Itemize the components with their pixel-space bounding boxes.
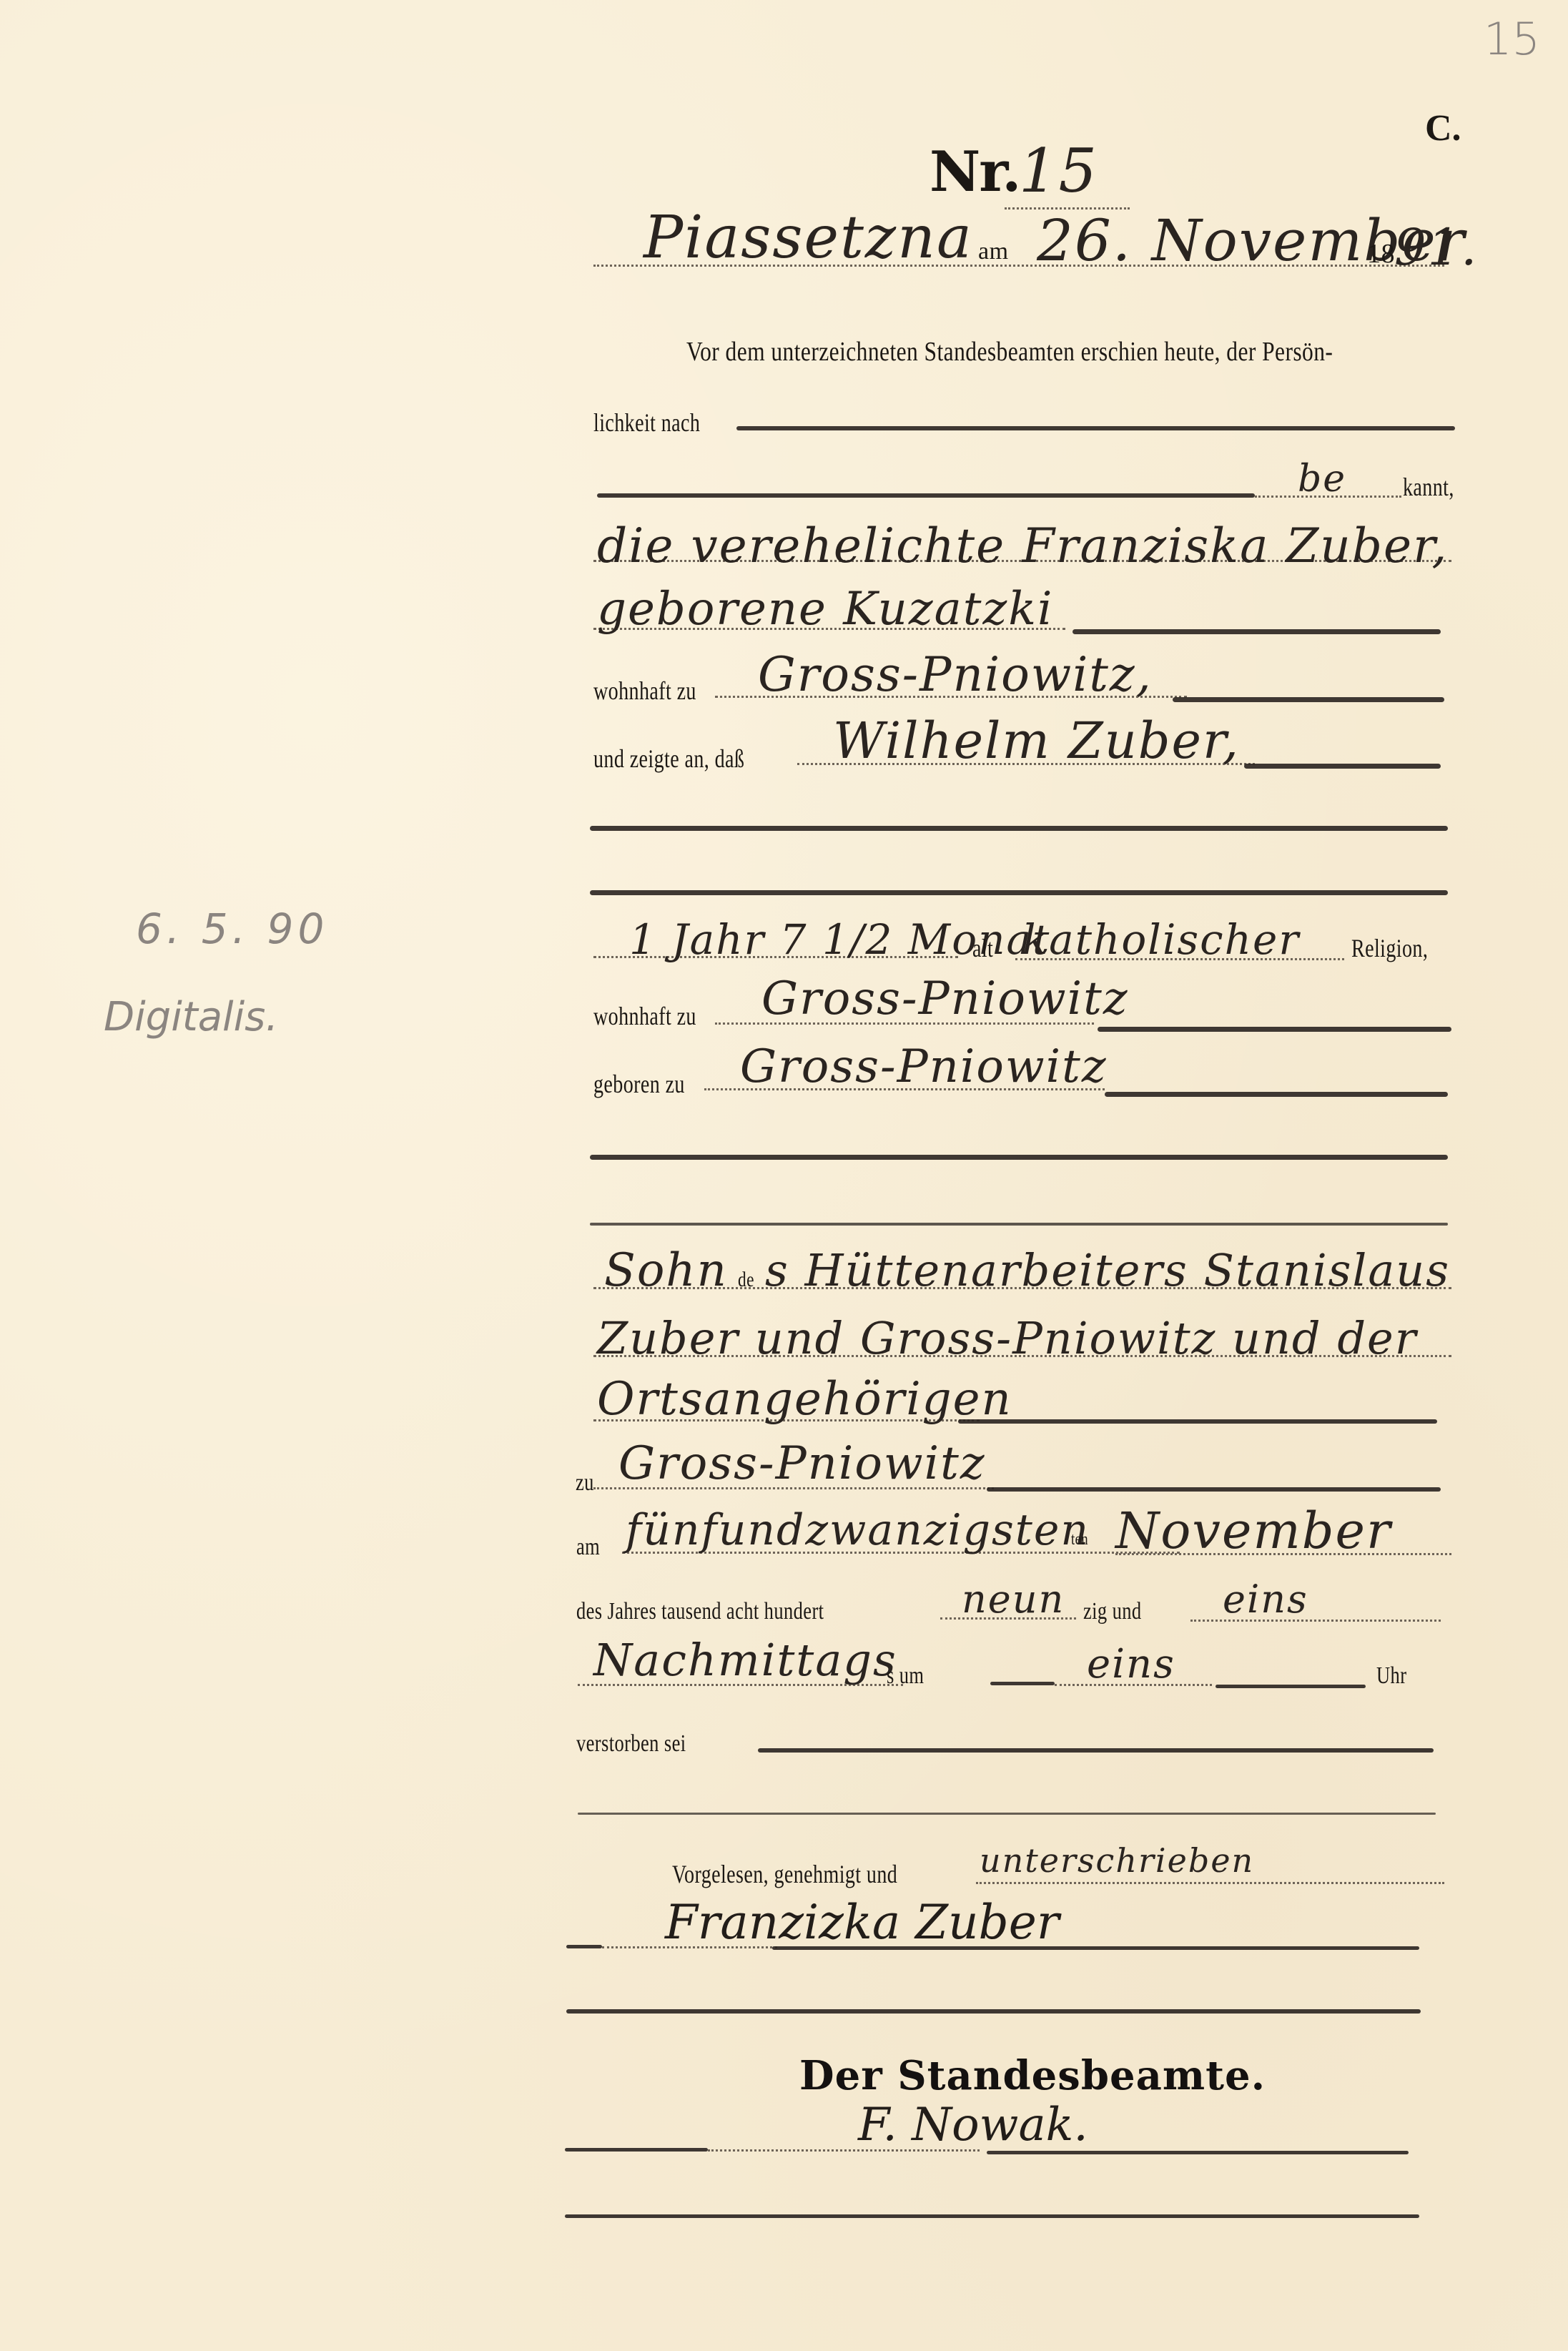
strike-line <box>566 2009 1421 2014</box>
record-number-value: 15 <box>1019 136 1098 206</box>
deceased-residence: Gross-Pniowitz <box>761 972 1129 1025</box>
father-occupation-name: s Hüttenarbeiters Stanislaus <box>765 1244 1450 1296</box>
strike-line <box>565 2214 1419 2218</box>
mother-description: Ortsangehörigen <box>597 1373 1012 1426</box>
strike-line <box>590 1155 1448 1160</box>
strike-line <box>566 1945 602 1948</box>
verstorben-label: verstorben sei <box>576 1730 686 1758</box>
am-label: am <box>978 238 1009 265</box>
geboren-label: geboren zu <box>593 1069 685 1099</box>
relation-sohn: Sohn <box>604 1244 728 1297</box>
informant-maiden-name: geborene Kuzatzki <box>597 583 1053 636</box>
informant-signature: Franzizka Zuber <box>665 1895 1059 1950</box>
strike-line <box>590 890 1448 895</box>
strike-line <box>565 2148 708 2152</box>
registry-place: Piassetzna <box>644 204 973 272</box>
dotline <box>976 1882 1444 1884</box>
vorgelesen-unterschrieben: unterschrieben <box>980 1841 1254 1880</box>
strike-line <box>1098 1027 1451 1032</box>
vorgelesen-label: Vorgelesen, genehmigt und <box>672 1859 897 1889</box>
deceased-name: Wilhelm Zuber, <box>833 711 1240 770</box>
strike-line <box>772 1946 1419 1950</box>
intro-line-1: Vor dem unterzeichneten Standesbeamten e… <box>686 336 1333 368</box>
s-um-label: s um <box>887 1662 924 1690</box>
kannt-label: kannt, <box>1403 472 1454 502</box>
strike-line <box>1244 764 1441 769</box>
informant-residence: Gross-Pniowitz, <box>758 647 1153 702</box>
time-of-day: Nachmittags <box>593 1634 897 1686</box>
strike-line <box>1105 1092 1448 1097</box>
alt-label: alt <box>972 933 993 963</box>
strike-line <box>1073 629 1441 634</box>
year-suffix: 91. <box>1394 218 1478 277</box>
strike-line <box>590 1223 1448 1226</box>
strike-line <box>1173 697 1444 702</box>
uhr-label: Uhr <box>1376 1662 1406 1690</box>
death-day-words: fünfundzwanzigsten <box>626 1505 1090 1555</box>
lichkeit-nach-label: lichkeit nach <box>593 408 700 438</box>
margin-note-date: 6. 5. 90 <box>136 905 328 953</box>
death-am-label: am <box>576 1534 600 1561</box>
deceased-birthplace: Gross-Pniowitz <box>740 1040 1108 1093</box>
religion-label: Religion, <box>1351 933 1428 963</box>
zig-und-label: zig und <box>1083 1598 1142 1625</box>
strike-line <box>987 2151 1409 2154</box>
strike-line <box>590 826 1448 831</box>
deceased-wohnhaft-label: wohnhaft zu <box>593 1001 696 1031</box>
year-tens: neun <box>962 1577 1065 1622</box>
strike-line <box>990 1682 1055 1685</box>
year-prefix: 18 <box>1367 238 1395 270</box>
wohnhaft-label: wohnhaft zu <box>593 676 696 706</box>
death-hour: eins <box>1087 1641 1175 1687</box>
strike-line <box>758 1748 1434 1753</box>
death-month: November <box>1115 1502 1391 1560</box>
official-signature: F. Nowak. <box>858 2099 1088 2152</box>
informant-name: die verehelichte Franziska Zuber, <box>597 518 1448 573</box>
strike-line <box>736 426 1455 430</box>
strike-line <box>597 493 1255 498</box>
strike-line <box>958 1419 1437 1424</box>
ten-superscript: ten <box>1071 1530 1088 1549</box>
zeigte-an-label: und zeigte an, daß <box>593 744 744 774</box>
separator-line <box>578 1813 1436 1815</box>
kannt-prefix: be <box>1298 458 1346 501</box>
strike-line <box>987 1487 1441 1492</box>
official-heading: Der Standesbeamte. <box>799 2052 1266 2099</box>
margin-note-word: Digitalis. <box>104 994 278 1040</box>
des-label: de <box>738 1268 754 1292</box>
deceased-religion: katholischer <box>1022 915 1300 964</box>
strike-line <box>1216 1685 1366 1688</box>
record-number-label: Nr. <box>930 139 1020 204</box>
parents-place: Gross-Pniowitz <box>618 1437 986 1490</box>
pencil-page-number: 15 <box>1484 13 1540 65</box>
des-jahres-label: des Jahres tausend acht hundert <box>576 1598 824 1625</box>
zu-label: zu <box>576 1469 594 1497</box>
form-letter: C. <box>1425 107 1461 149</box>
year-units: eins <box>1223 1577 1308 1622</box>
father-surname-place: Zuber und Gross-Pniowitz und der <box>597 1312 1417 1364</box>
